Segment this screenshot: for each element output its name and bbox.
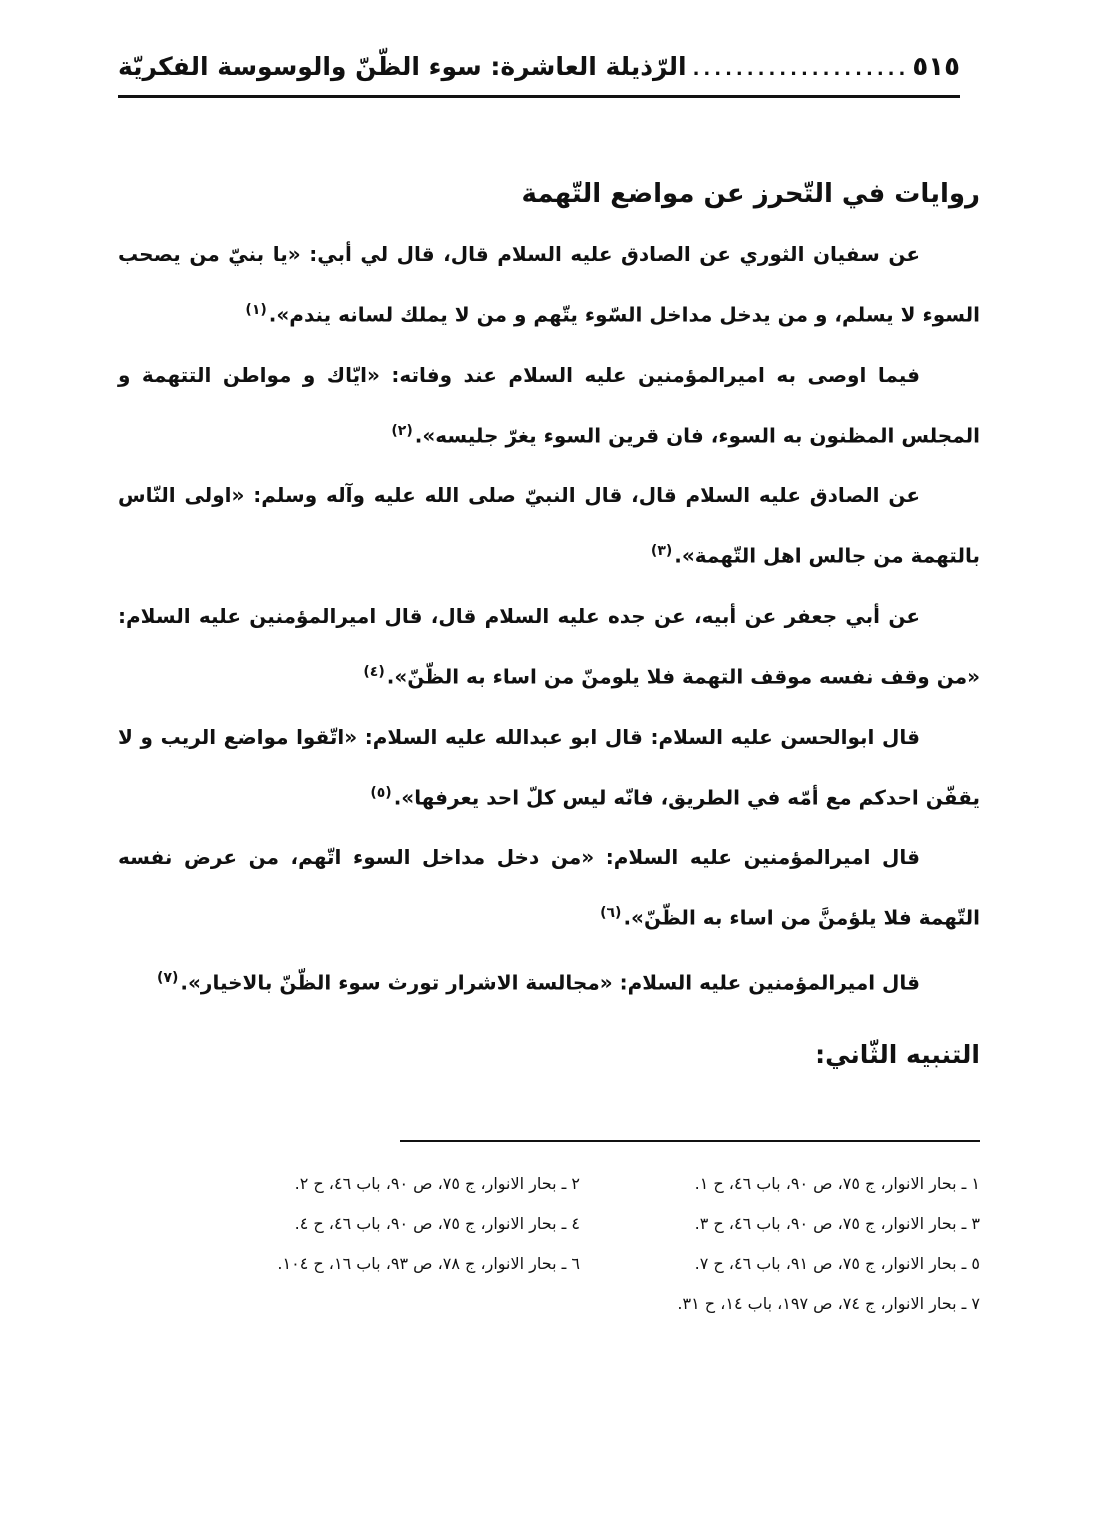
book-page: الرّذيلة العاشرة: سوء الظّنّ والوسوسة ال… xyxy=(0,0,1093,1538)
footnote-ref[interactable]: (٢) xyxy=(391,423,412,439)
narration-text: فيما اوصى به اميرالمؤمنين عليه السلام عن… xyxy=(118,363,980,448)
footnote-ref[interactable]: (٤) xyxy=(363,664,384,680)
narration-text: عن أبي جعفر عن أبيه، عن جده عليه السلام … xyxy=(118,604,980,689)
narration-3: عن الصادق عليه السلام قال، قال النبيّ صل… xyxy=(118,467,980,584)
footnotes: ١ ـ بحار الانوار، ج ٧٥، ص ٩٠، باب ٤٦، ح … xyxy=(118,1164,980,1324)
narration-2: فيما اوصى به اميرالمؤمنين عليه السلام عن… xyxy=(118,347,980,464)
narration-7: قال اميرالمؤمنين عليه السلام: «مجالسة ال… xyxy=(118,950,980,1011)
narration-text: قال اميرالمؤمنين عليه السلام: «من دخل مد… xyxy=(118,845,980,930)
narration-5: قال ابوالحسن عليه السلام: قال ابو عبدالل… xyxy=(118,709,980,826)
leader-dots: ............................ xyxy=(693,59,907,80)
footnote-ref[interactable]: (٥) xyxy=(370,785,391,801)
header-divider xyxy=(118,95,960,98)
footnote-divider xyxy=(400,1140,980,1142)
narration-text: قال ابوالحسن عليه السلام: قال ابو عبدالل… xyxy=(118,725,980,810)
footnote-ref[interactable]: (٦) xyxy=(600,905,621,921)
running-header: الرّذيلة العاشرة: سوء الظّنّ والوسوسة ال… xyxy=(118,52,960,92)
page-number: ٥١٥ xyxy=(912,52,960,82)
footnote-ref[interactable]: (١) xyxy=(245,302,266,318)
narration-6: قال اميرالمؤمنين عليه السلام: «من دخل مد… xyxy=(118,829,980,946)
footnote-3: ٣ ـ بحار الانوار، ج ٧٥، ص ٩٠، باب ٤٦، ح … xyxy=(580,1204,980,1244)
footnote-7: ٧ ـ بحار الانوار، ج ٧٤، ص ١٩٧، باب ١٤، ح… xyxy=(580,1284,980,1324)
narration-text: قال اميرالمؤمنين عليه السلام: «مجالسة ال… xyxy=(180,971,920,995)
narration-4: عن أبي جعفر عن أبيه، عن جده عليه السلام … xyxy=(118,588,980,705)
section-title: روايات في التّحرز عن مواضع التّهمة xyxy=(118,172,980,216)
narration-1: عن سفيان الثوري عن الصادق عليه السلام قا… xyxy=(118,226,980,343)
footnote-ref[interactable]: (٧) xyxy=(157,970,178,986)
footnote-ref[interactable]: (٣) xyxy=(651,543,672,559)
footnote-5: ٥ ـ بحار الانوار، ج ٧٥، ص ٩١، باب ٤٦، ح … xyxy=(580,1244,980,1284)
chapter-title: الرّذيلة العاشرة: سوء الظّنّ والوسوسة ال… xyxy=(118,52,687,81)
footnote-6: ٦ ـ بحار الانوار، ج ٧٨، ص ٩٣، باب ١٦، ح … xyxy=(118,1244,580,1284)
narration-text: عن الصادق عليه السلام قال، قال النبيّ صل… xyxy=(118,483,980,568)
footnote-2: ٢ ـ بحار الانوار، ج ٧٥، ص ٩٠، باب ٤٦، ح … xyxy=(118,1164,580,1204)
footnote-1: ١ ـ بحار الانوار، ج ٧٥، ص ٩٠، باب ٤٦، ح … xyxy=(580,1164,980,1204)
footnote-4: ٤ ـ بحار الانوار، ج ٧٥، ص ٩٠، باب ٤٦، ح … xyxy=(118,1204,580,1244)
main-content: روايات في التّحرز عن مواضع التّهمة عن سف… xyxy=(118,172,980,1015)
subheading-second-note: التنبيه الثّاني: xyxy=(118,1030,980,1080)
